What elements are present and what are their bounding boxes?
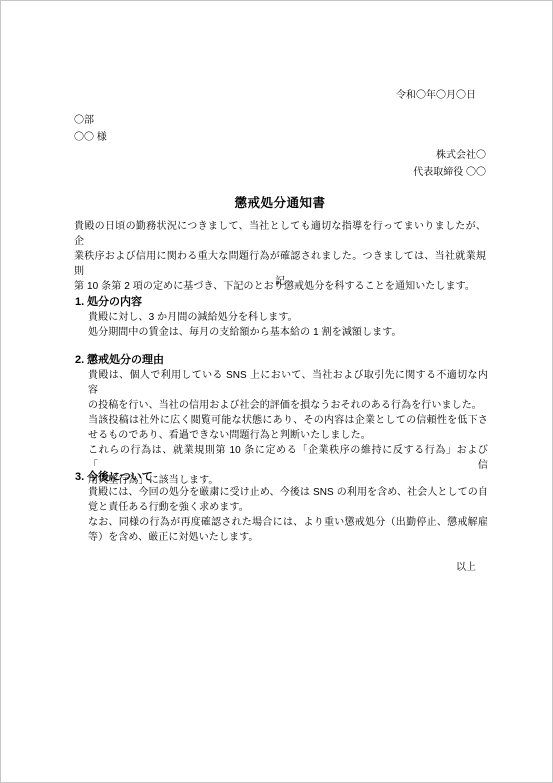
- section-2-line: せるものであり、看過できない問題行為と判断いたしました。: [88, 428, 488, 443]
- intro-line: 貴殿の日頃の勤務状況につきまして、当社としても適切な指導を行ってまいりましたが、…: [74, 219, 486, 249]
- section-1-line: 処分期間中の賃金は、毎月の支給額から基本給の 1 割を減額します。: [88, 325, 488, 340]
- sender-company: 株式会社〇: [74, 148, 486, 163]
- section-2-line: の投稿を行い、当社の信用および社会的評価を損なうおそれのある行為を行いました。: [88, 398, 488, 413]
- section-3-number: 3.: [75, 470, 87, 485]
- section-2-line: 当該投稿は社外に広く閲覧可能な状態にあり、その内容は企業としての信頼性を低下さ: [88, 413, 488, 428]
- section-3-line: 覚と責任ある行動を強く求めます。: [88, 500, 488, 515]
- recipient-name: 〇〇 様: [74, 130, 486, 145]
- date-line: 令和〇年〇月〇日: [74, 88, 486, 103]
- section-2-line: これらの行為は、就業規則第 10 条に定める「企業秩序の維持に反する行為」および…: [88, 443, 488, 473]
- document-title: 懲戒処分通知書: [74, 196, 486, 211]
- section-2-line: 貴殿は、個人で利用している SNS 上において、当社および取引先に関する不適切な…: [88, 368, 488, 398]
- closing-marker: 以上: [74, 560, 486, 575]
- section-3-title: 今後について: [87, 471, 153, 483]
- section-1-line: 貴殿に対し、3 か月間の減給処分を科します。: [88, 310, 488, 325]
- section-3-line: 貴殿には、今回の処分を厳粛に受け止め、今後は SNS の利用を含め、社会人として…: [88, 485, 488, 500]
- section-1-heading: 1.処分の内容: [74, 295, 486, 310]
- recipient-department: 〇部: [74, 113, 486, 128]
- section-1-body: 貴殿に対し、3 か月間の減給処分を科します。 処分期間中の賃金は、毎月の支給額か…: [88, 310, 488, 340]
- section-1-number: 1.: [75, 295, 87, 310]
- section-2-title: 懲戒処分の理由: [87, 354, 164, 366]
- section-1-title: 処分の内容: [87, 296, 142, 308]
- section-3-body: 貴殿には、今回の処分を厳粛に受け止め、今後は SNS の利用を含め、社会人として…: [88, 485, 488, 545]
- document-page: 令和〇年〇月〇日 〇部 〇〇 様 株式会社〇 代表取締役 〇〇 懲戒処分通知書 …: [0, 0, 553, 783]
- sender-representative: 代表取締役 〇〇: [74, 165, 486, 180]
- section-3-line: 等）を含め、厳正に対処いたします。: [88, 530, 488, 545]
- section-2-heading: 2.懲戒処分の理由: [74, 353, 486, 368]
- section-2-number: 2.: [75, 353, 87, 368]
- section-3-heading: 3.今後について: [74, 470, 486, 485]
- record-marker: 記: [74, 274, 486, 289]
- section-3-line: なお、同様の行為が再度確認された場合には、より重い懲戒処分（出勤停止、懲戒解雇: [88, 515, 488, 530]
